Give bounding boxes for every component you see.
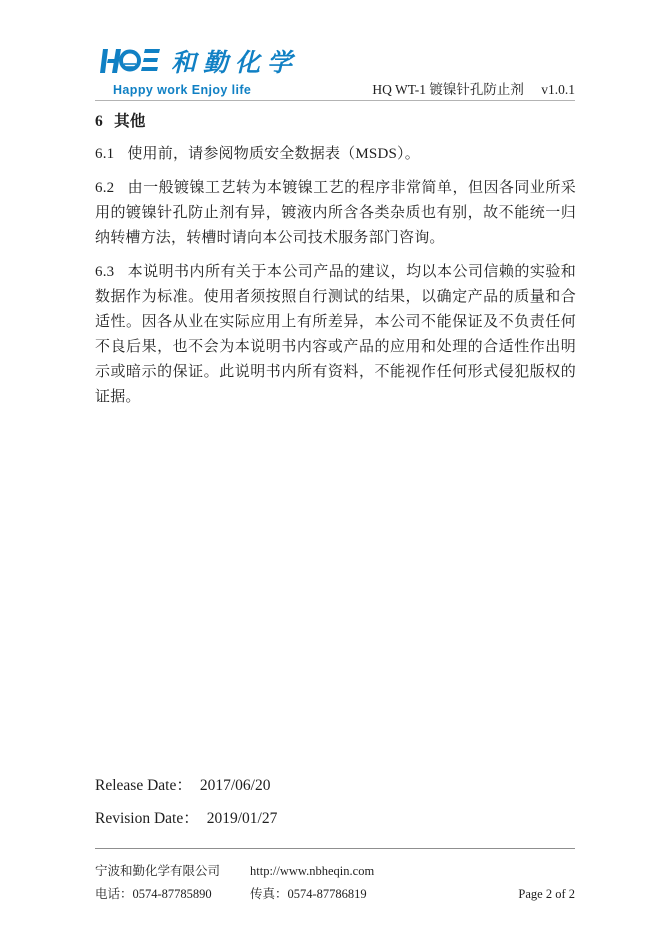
company-logo: 和勤化学 Happy work Enjoy life bbox=[99, 43, 299, 97]
hq-logo-mark-icon bbox=[99, 46, 161, 76]
revision-date-line: Revision Date：2019/01/27 bbox=[95, 802, 277, 835]
logo-tagline: Happy work Enjoy life bbox=[113, 83, 299, 97]
section-number: 6 bbox=[95, 113, 103, 130]
footer-company: 宁波和勤化学有限公司 bbox=[95, 860, 250, 883]
header-divider bbox=[95, 100, 575, 101]
clause-number: 6.2 bbox=[95, 180, 127, 196]
clause-text: 由一般镀镍工艺转为本镀镍工艺的程序非常简单，但因各同业所采用的镀镍针孔防止剂有异… bbox=[95, 180, 576, 246]
logo-row: 和勤化学 bbox=[99, 43, 299, 79]
revision-date-label: Revision Date： bbox=[95, 810, 199, 827]
section-heading: 6其他 bbox=[95, 109, 576, 131]
date-block: Release Date：2017/06/20 Revision Date：20… bbox=[95, 769, 277, 835]
footer-divider bbox=[95, 848, 575, 849]
clause-text: 本说明书内所有关于本公司产品的建议，均以本公司信赖的实验和数据作为标准。使用者须… bbox=[95, 264, 576, 405]
document-body: 6其他 6.1使用前，请参阅物质安全数据表（MSDS）。 6.2由一般镀镍工艺转… bbox=[95, 109, 576, 419]
footer-website: http://www.nbheqin.com bbox=[250, 860, 518, 883]
release-date-value: 2017/06/20 bbox=[200, 777, 271, 794]
doc-version: v1.0.1 bbox=[541, 82, 575, 97]
release-date-label: Release Date： bbox=[95, 777, 192, 794]
doc-title: HQ WT-1 镀镍针孔防止剂 bbox=[372, 82, 524, 97]
footer-fax: 传真：0574-87786819 bbox=[250, 883, 518, 906]
document-footer: 宁波和勤化学有限公司 http://www.nbheqin.com 电话：057… bbox=[95, 860, 575, 906]
clause-number: 6.3 bbox=[95, 264, 127, 280]
revision-date-value: 2019/01/27 bbox=[207, 810, 278, 827]
section-title: 其他 bbox=[114, 113, 146, 130]
clause-6-3: 6.3本说明书内所有关于本公司产品的建议，均以本公司信赖的实验和数据作为标准。使… bbox=[95, 260, 576, 410]
clause-number: 6.1 bbox=[95, 146, 127, 162]
clause-6-2: 6.2由一般镀镍工艺转为本镀镍工艺的程序非常简单，但因各同业所采用的镀镍针孔防止… bbox=[95, 176, 576, 251]
document-meta: HQ WT-1 镀镍针孔防止剂 v1.0.1 bbox=[372, 78, 575, 98]
page-indicator: Page 2 of 2 bbox=[518, 883, 575, 906]
document-page: 和勤化学 Happy work Enjoy life HQ WT-1 镀镍针孔防… bbox=[0, 0, 671, 950]
clause-6-1: 6.1使用前，请参阅物质安全数据表（MSDS）。 bbox=[95, 142, 576, 167]
brand-name: 和勤化学 bbox=[171, 43, 299, 79]
footer-phone: 电话：0574-87785890 bbox=[95, 883, 250, 906]
clause-text: 使用前，请参阅物质安全数据表（MSDS）。 bbox=[127, 146, 420, 162]
release-date-line: Release Date：2017/06/20 bbox=[95, 769, 277, 802]
footer-spacer bbox=[518, 860, 575, 883]
